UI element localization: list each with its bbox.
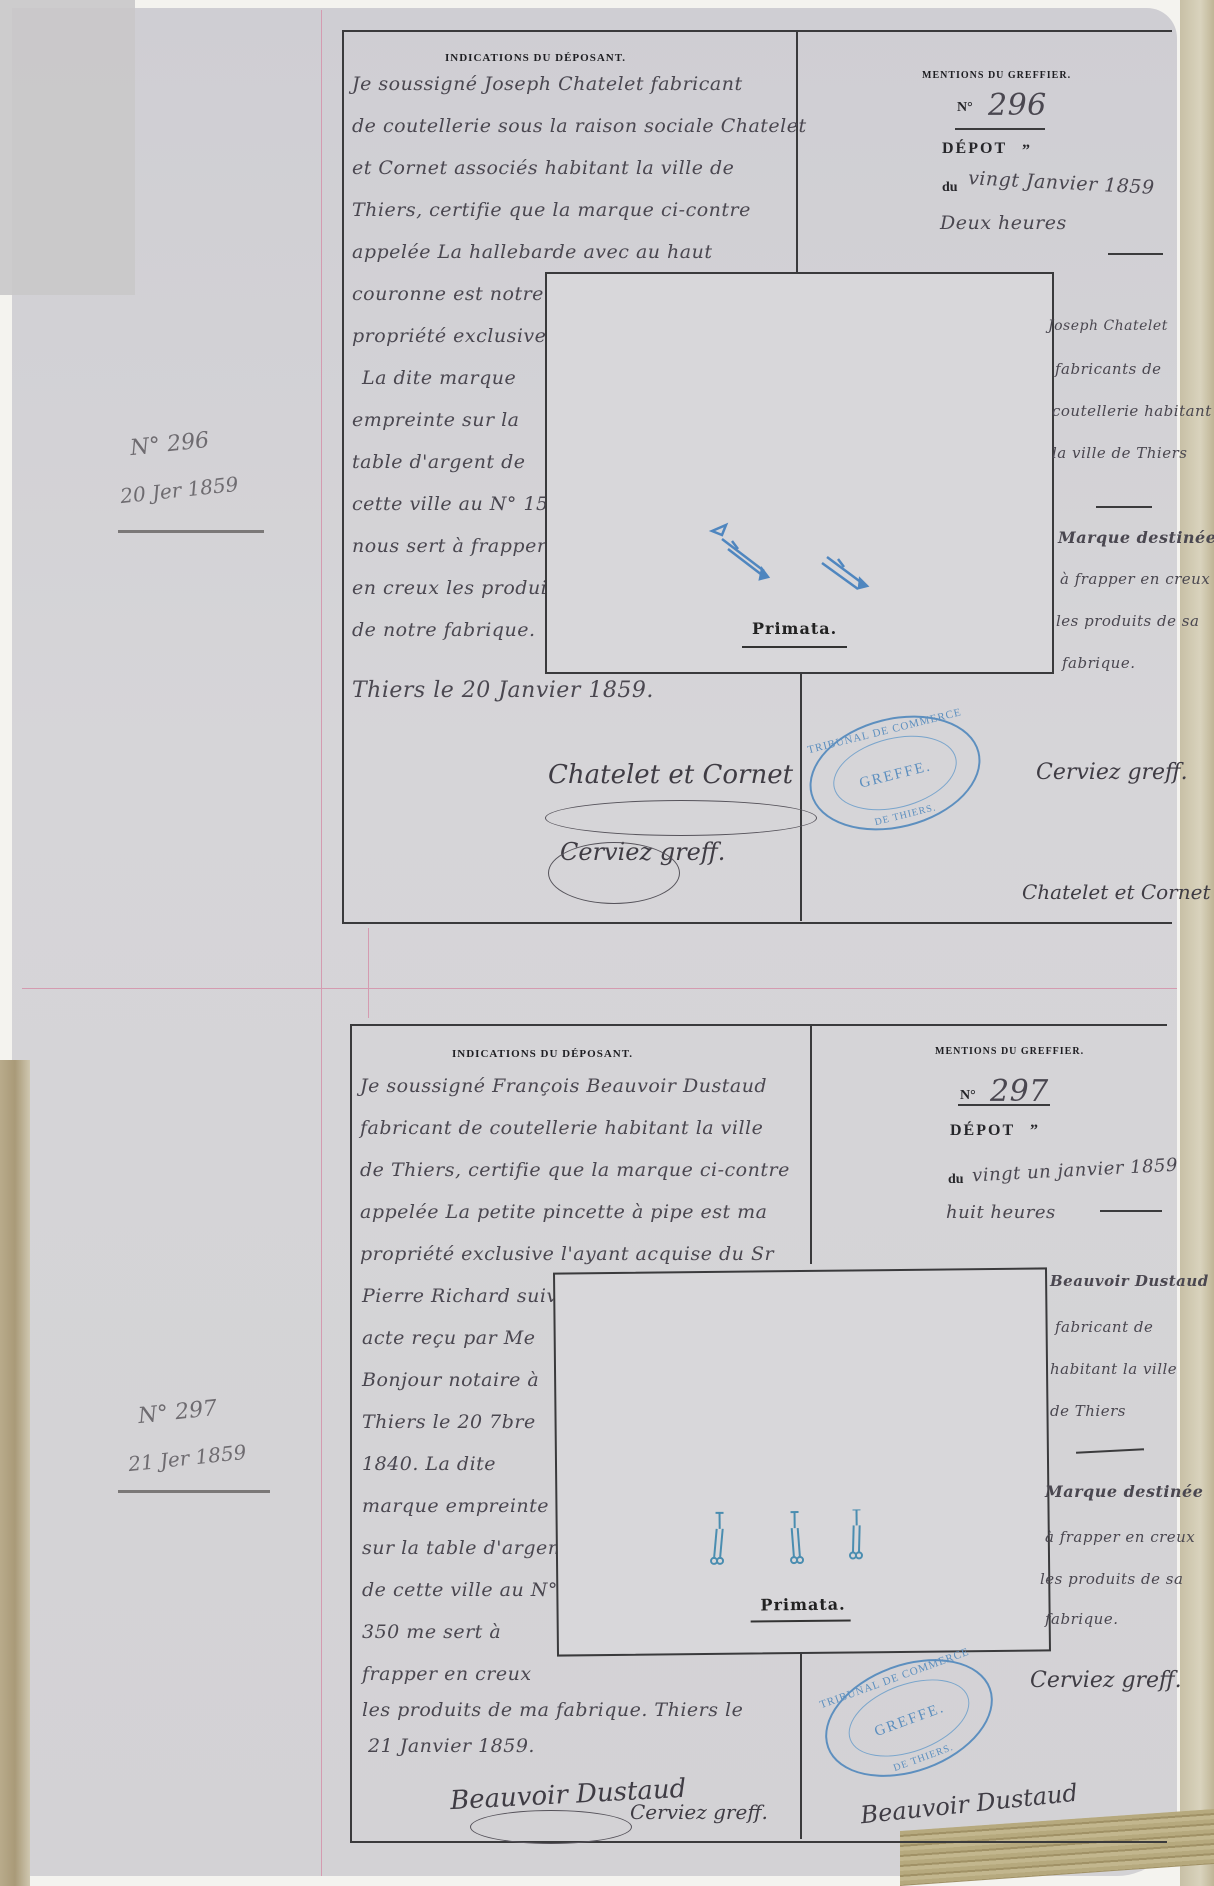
- clerk-note-line: Marque destinée: [1045, 1482, 1203, 1501]
- heading-indications-deposant: Indications du déposant.: [445, 52, 626, 64]
- declaration-line: appelée La hallebarde avec au haut: [352, 232, 713, 273]
- book-binding-edge: [0, 1060, 30, 1886]
- depot-label: DÉPOT: [942, 140, 1007, 158]
- declaration-line: couronne est notre: [352, 274, 544, 315]
- margin-underline: [118, 530, 264, 533]
- clerk-column-depositor-signature: Chatelet et Cornet: [1022, 880, 1211, 904]
- margin-rule-short: [368, 928, 369, 1018]
- clerk-note-line: Beauvoir Dustaud: [1050, 1272, 1209, 1290]
- declaration-line: acte reçu par Me: [362, 1318, 535, 1359]
- clerk-note-divider: [1096, 506, 1152, 508]
- declaration-line: empreinte sur la: [352, 400, 520, 441]
- entry-separator-rule: [22, 988, 1177, 989]
- declaration-line: de cette ville au N°: [362, 1570, 558, 1611]
- pipe-tongs-mark-icon: [706, 1509, 877, 1571]
- declaration-line: de Thiers, certifie que la marque ci-con…: [360, 1150, 790, 1191]
- clerk-note-line: fabrique.: [1045, 1610, 1118, 1628]
- declaration-line: La dite marque: [362, 358, 516, 399]
- column-divider-bottom: [800, 673, 802, 921]
- declaration-line: Thiers le 20 7bre: [362, 1402, 536, 1443]
- deposit-time: Deux heures: [940, 212, 1067, 234]
- declaration-line: les produits de ma fabrique. Thiers le: [362, 1690, 743, 1731]
- date-label: du: [942, 180, 958, 196]
- declaration-line: marque empreinte: [362, 1486, 549, 1527]
- clerk-signature: Cerviez greff.: [630, 1800, 768, 1824]
- declaration-line: Thiers, certifie que la marque ci-contre: [352, 190, 751, 231]
- time-underline: [1108, 253, 1163, 255]
- number-underline: [955, 128, 1045, 130]
- column-divider-bottom: [800, 1644, 802, 1839]
- declaration-line: en creux les produits: [352, 568, 566, 609]
- number-underline: [958, 1104, 1050, 1106]
- declaration-line: nous sert à frapper: [352, 526, 546, 567]
- declaration-line: frapper en creux: [362, 1654, 532, 1695]
- trademark-imprint-box: Primata.: [553, 1267, 1051, 1656]
- declaration-line: 21 Janvier 1859.: [368, 1726, 535, 1767]
- clerk-note-line: fabricants de: [1055, 360, 1162, 378]
- clerk-note-line: de Thiers: [1050, 1402, 1126, 1420]
- clerk-note-line: à frapper en creux: [1045, 1528, 1195, 1546]
- entry-number: 296: [988, 88, 1047, 123]
- scan-artifact-patch: [0, 0, 135, 295]
- clerk-note-line: les produits de sa: [1056, 612, 1199, 630]
- clerk-column-signature: Cerviez greff.: [1030, 1668, 1182, 1693]
- declaration-line: et Cornet associés habitant la ville de: [352, 148, 734, 189]
- date-label: du: [948, 1172, 964, 1188]
- clerk-note-line: habitant la ville: [1050, 1360, 1177, 1378]
- declaration-line: fabricant de coutellerie habitant la vil…: [360, 1108, 763, 1149]
- clerk-note-line: fabricant de: [1055, 1318, 1153, 1336]
- margin-underline: [118, 1490, 270, 1493]
- heading-mentions-greffier: Mentions du greffier.: [922, 70, 1071, 81]
- clerk-flourish: [548, 842, 680, 904]
- signature-flourish: [545, 800, 817, 836]
- primata-underline: [751, 1619, 851, 1622]
- declaration-line: Bonjour notaire à: [362, 1360, 539, 1401]
- declaration-place-date: Thiers le 20 Janvier 1859.: [352, 670, 654, 711]
- declaration-line: de notre fabrique.: [352, 610, 536, 651]
- clerk-note-line: à frapper en creux: [1060, 570, 1210, 588]
- declaration-line: Je soussigné Joseph Chatelet fabricant: [352, 64, 743, 105]
- clerk-note-line: coutellerie habitant: [1052, 402, 1212, 420]
- declaration-line: sur la table d'argent: [362, 1528, 569, 1569]
- number-label: N°: [960, 1088, 976, 1104]
- clerk-note-line: la ville de Thiers: [1052, 444, 1187, 462]
- primata-underline: [742, 646, 847, 648]
- clerk-note-line: Marque destinée: [1058, 528, 1214, 547]
- number-label: N°: [957, 100, 973, 116]
- declaration-line: propriété exclusive.: [352, 316, 553, 357]
- clerk-column-signature: Cerviez greff.: [1036, 760, 1188, 785]
- declaration-line: table d'argent de: [352, 442, 526, 483]
- declaration-line: de coutellerie sous la raison sociale Ch…: [352, 106, 807, 147]
- depot-ditto-mark: ”: [1030, 1122, 1038, 1140]
- declaration-line: appelée La petite pincette à pipe est ma: [360, 1192, 768, 1233]
- declaration-line: 350 me sert à: [362, 1612, 501, 1653]
- margin-rule-vertical: [321, 10, 322, 1876]
- clerk-note-line: les produits de sa: [1040, 1570, 1183, 1588]
- deposit-time: huit heures: [946, 1202, 1056, 1223]
- wooden-surface-right: [1180, 0, 1214, 1886]
- mark-label-primata: Primata.: [760, 1595, 845, 1615]
- depot-label: DÉPOT: [950, 1122, 1015, 1140]
- heading-indications-deposant: Indications du déposant.: [452, 1048, 633, 1060]
- column-divider-top: [810, 1026, 812, 1264]
- depot-ditto-mark: ”: [1022, 142, 1030, 160]
- hallebarde-mark-icon: [702, 519, 922, 599]
- declaration-line: propriété exclusive l'ayant acquise du S…: [360, 1234, 774, 1275]
- time-underline: [1100, 1210, 1162, 1212]
- signature-flourish: [470, 1810, 632, 1844]
- trademark-imprint-box: Primata.: [545, 272, 1054, 674]
- declaration-line: 1840. La dite: [362, 1444, 496, 1485]
- clerk-note-line: Joseph Chatelet: [1048, 318, 1168, 334]
- heading-mentions-greffier: Mentions du greffier.: [935, 1046, 1084, 1057]
- declaration-line: Je soussigné François Beauvoir Dustaud: [360, 1066, 767, 1107]
- mark-label-primata: Primata.: [752, 619, 837, 638]
- depositor-signature: Chatelet et Cornet: [548, 760, 793, 790]
- column-divider-top: [796, 32, 798, 272]
- declaration-line: cette ville au N° 15: [352, 484, 549, 525]
- clerk-note-line: fabrique.: [1062, 654, 1135, 672]
